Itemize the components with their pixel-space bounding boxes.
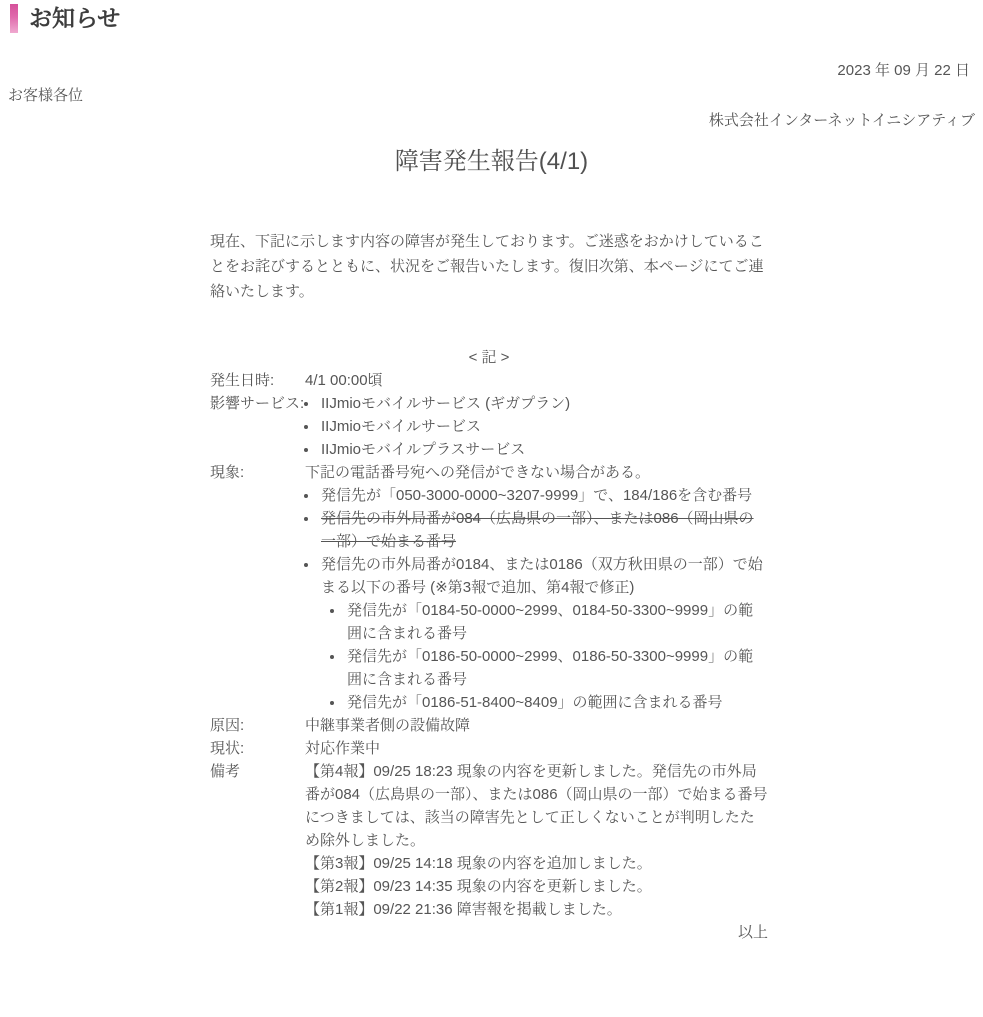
ki-marker: < 記 > (210, 346, 768, 369)
notice-page: お知らせ 2023 年 09 月 22 日 お客様各位 株式会社インターネットイ… (0, 4, 983, 944)
list-item: 発信先が「050-3000-0000~3207-9999」で、184/186を含… (319, 484, 768, 507)
page-title: お知らせ (29, 4, 120, 33)
company-name: 株式会社インターネットイニシアティブ (0, 108, 983, 133)
phenomenon-sublist: 発信先が「0184-50-0000~2999、0184-50-3300~9999… (321, 599, 768, 714)
remark-note: 【第3報】09/25 14:18 現象の内容を追加しました。 (305, 852, 768, 875)
record-value: 対応作業中 (305, 737, 768, 760)
remark-note: 【第4報】09/25 18:23 現象の内容を更新しました。発信先の市外局番が0… (305, 760, 768, 852)
list-item: 発信先の市外局番が084（広島県の一部）、または086（岡山県の一部）で始まる番… (319, 507, 768, 553)
record-label: 現状: (210, 737, 305, 760)
phenomenon-intro: 下記の電話番号宛への発信ができない場合がある。 (305, 461, 768, 484)
report-body: 現在、下記に示します内容の障害が発生しております。ご迷惑をおかけしていることをお… (210, 229, 768, 944)
remark-note: 【第1報】09/22 21:36 障害報を掲載しました。 (305, 898, 768, 921)
list-item: IIJmioモバイルサービス (ギガプラン) (319, 392, 768, 415)
accent-bar (10, 4, 18, 33)
report-title: 障害発生報告(4/1) (0, 147, 983, 177)
intro-paragraph: 現在、下記に示します内容の障害が発生しております。ご迷惑をおかけしていることをお… (210, 229, 768, 304)
record-list: 発生日時: 4/1 00:00頃 影響サービス: IIJmioモバイルサービス … (210, 369, 768, 921)
record-label: 影響サービス: (210, 392, 305, 461)
record-phenomenon: 現象: 下記の電話番号宛への発信ができない場合がある。 発信先が「050-300… (210, 461, 768, 714)
record-value: 4/1 00:00頃 (305, 369, 768, 392)
page-header: お知らせ (10, 4, 983, 33)
document-date: 2023 年 09 月 22 日 (0, 58, 983, 83)
document-meta: 2023 年 09 月 22 日 お客様各位 株式会社インターネットイニシアティ… (0, 58, 983, 133)
list-item-text: 発信先の市外局番が0184、または0186（双方秋田県の一部）で始まる以下の番号… (321, 556, 763, 596)
record-value: 下記の電話番号宛への発信ができない場合がある。 発信先が「050-3000-00… (305, 461, 768, 714)
record-label: 備考 (210, 760, 305, 921)
record-remarks: 備考 【第4報】09/25 18:23 現象の内容を更新しました。発信先の市外局… (210, 760, 768, 921)
record-services: 影響サービス: IIJmioモバイルサービス (ギガプラン) IIJmioモバイ… (210, 392, 768, 461)
phenomenon-list: 発信先が「050-3000-0000~3207-9999」で、184/186を含… (305, 484, 768, 714)
record-label: 原因: (210, 714, 305, 737)
record-value: 中継事業者側の設備故障 (305, 714, 768, 737)
closing: 以上 (210, 921, 768, 944)
salutation: お客様各位 (0, 83, 983, 108)
record-value: 【第4報】09/25 18:23 現象の内容を更新しました。発信先の市外局番が0… (305, 760, 768, 921)
record-occurrence: 発生日時: 4/1 00:00頃 (210, 369, 768, 392)
list-item: 発信先が「0186-50-0000~2999、0186-50-3300~9999… (345, 645, 768, 691)
list-item: 発信先の市外局番が0184、または0186（双方秋田県の一部）で始まる以下の番号… (319, 553, 768, 714)
list-item: 発信先が「0186-51-8400~8409」の範囲に含まれる番号 (345, 691, 768, 714)
list-item-text: 発信先が「050-3000-0000~3207-9999」で、184/186を含… (321, 487, 752, 504)
record-label: 発生日時: (210, 369, 305, 392)
list-item: IIJmioモバイルサービス (319, 415, 768, 438)
record-status: 現状: 対応作業中 (210, 737, 768, 760)
record-label: 現象: (210, 461, 305, 714)
service-list: IIJmioモバイルサービス (ギガプラン) IIJmioモバイルサービス II… (305, 392, 768, 461)
list-item: IIJmioモバイルプラスサービス (319, 438, 768, 461)
remark-note: 【第2報】09/23 14:35 現象の内容を更新しました。 (305, 875, 768, 898)
list-item: 発信先が「0184-50-0000~2999、0184-50-3300~9999… (345, 599, 768, 645)
record-value: IIJmioモバイルサービス (ギガプラン) IIJmioモバイルサービス II… (305, 392, 768, 461)
list-item-text: 発信先の市外局番が084（広島県の一部）、または086（岡山県の一部）で始まる番… (321, 510, 754, 550)
record-cause: 原因: 中継事業者側の設備故障 (210, 714, 768, 737)
